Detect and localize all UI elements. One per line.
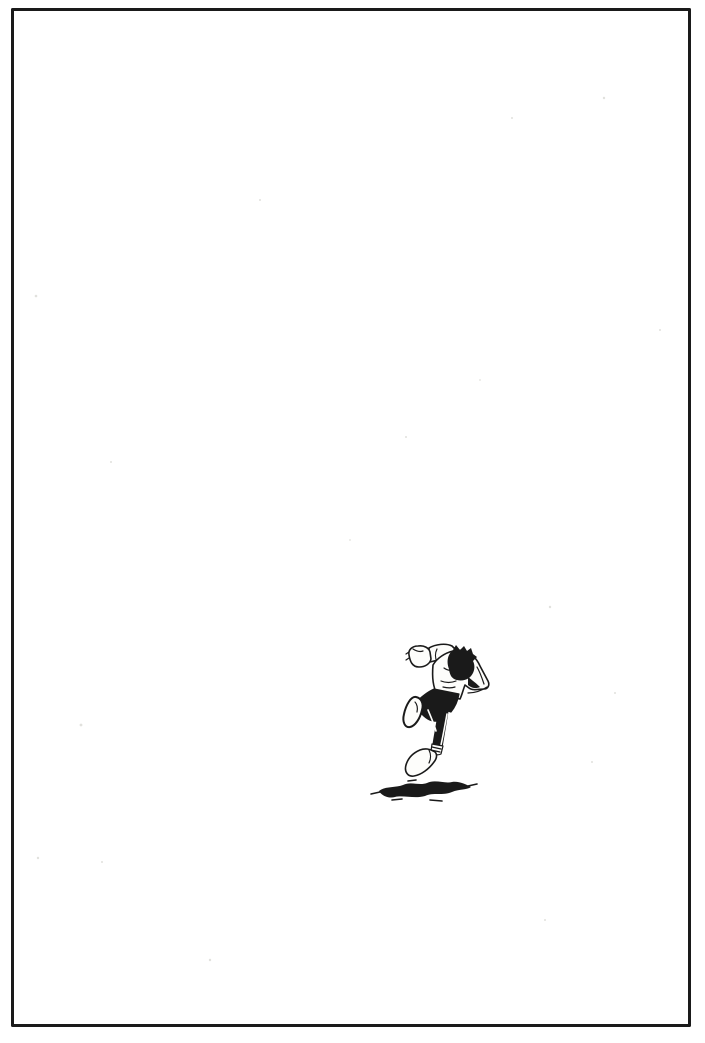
manga-page <box>0 0 705 1043</box>
sneaker <box>405 749 436 776</box>
panel-border <box>13 10 690 1026</box>
trousers <box>414 689 459 747</box>
tucked-shoe-sole <box>403 697 422 727</box>
page-illustration <box>0 0 705 1043</box>
fist <box>409 646 431 667</box>
leaping-boy-figure <box>403 644 488 776</box>
paper-specks <box>35 97 661 961</box>
ground-shadow <box>371 780 477 801</box>
shadow-blob <box>379 781 471 797</box>
